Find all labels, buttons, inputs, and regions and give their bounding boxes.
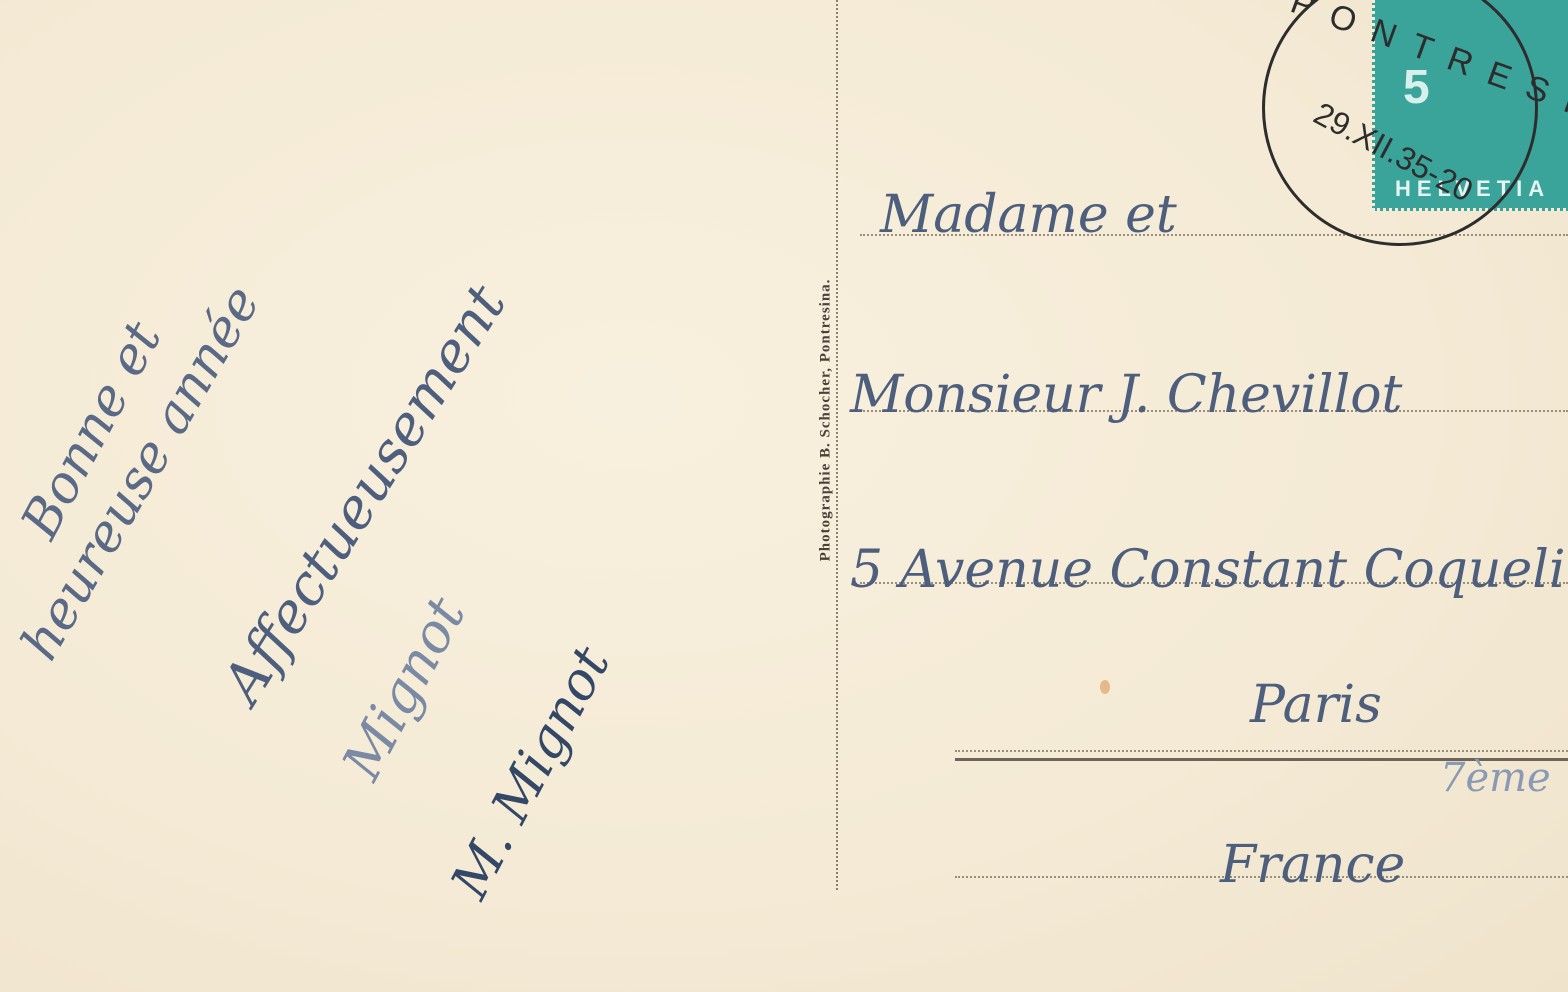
photographer-credit: Photographie B. Schocher, Pontresina. bbox=[818, 279, 835, 562]
address-line-3: 5 Avenue Constant Coquelin bbox=[850, 540, 1568, 600]
address-arrondissement: 7ème bbox=[1440, 755, 1551, 801]
postcard-back: Photographie B. Schocher, Pontresina. Bo… bbox=[0, 0, 1568, 992]
address-line-4: Paris bbox=[1250, 675, 1382, 735]
signature-1: Mignot bbox=[330, 587, 478, 790]
message-line-3: Affectueusement bbox=[210, 274, 519, 715]
address-rule-4 bbox=[955, 750, 1568, 752]
center-divider bbox=[836, 0, 838, 890]
address-line-1: Madame et bbox=[880, 185, 1177, 245]
paper-stain bbox=[1100, 680, 1110, 694]
address-line-5: France bbox=[1220, 835, 1405, 895]
signature-2: M. Mignot bbox=[440, 637, 622, 908]
address-line-2: Monsieur J. Chevillot bbox=[850, 365, 1402, 425]
